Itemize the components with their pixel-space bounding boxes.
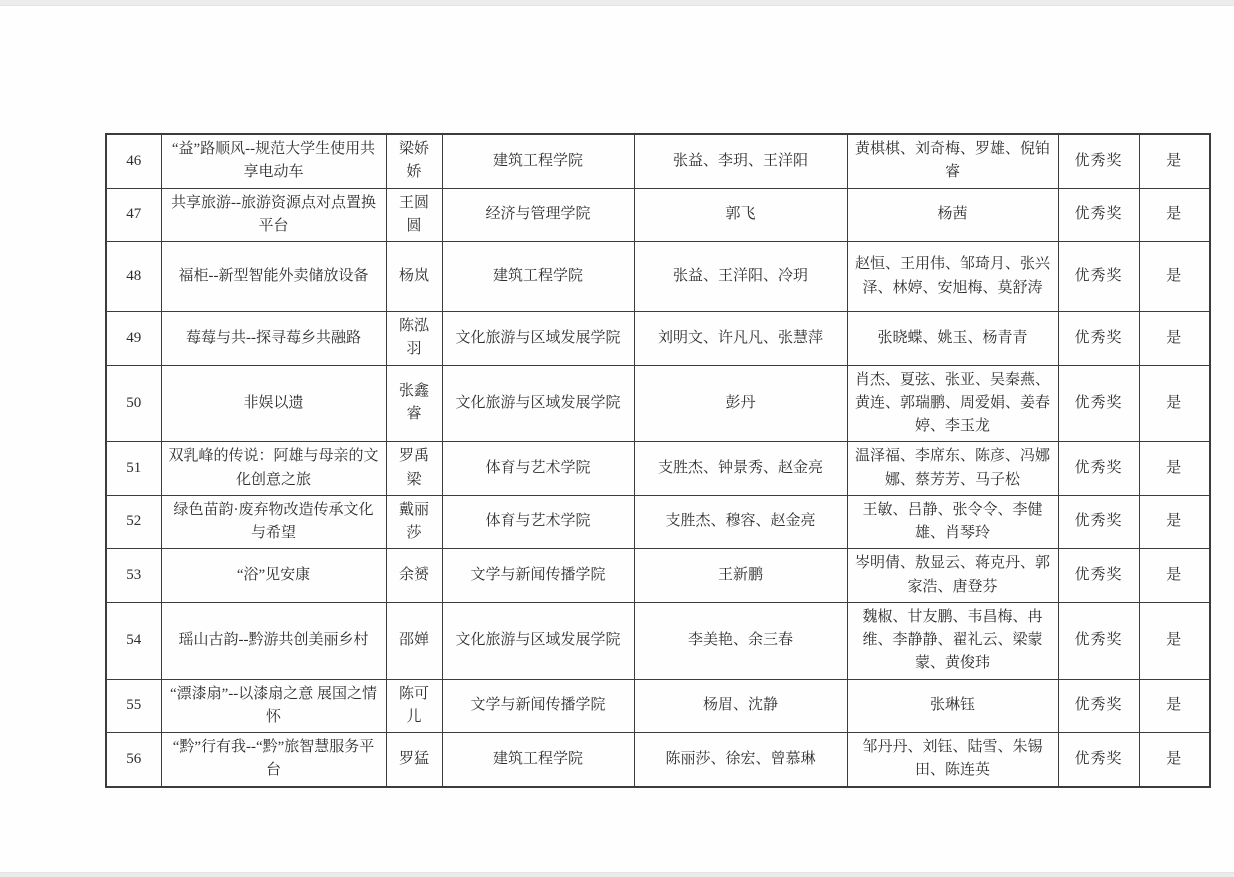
- cell-award-level: 优秀奖: [1058, 602, 1139, 679]
- cell-row-number: 53: [106, 549, 161, 603]
- cell-award-level: 优秀奖: [1058, 134, 1139, 188]
- cell-confirm-flag: 是: [1139, 442, 1210, 496]
- cell-award-level: 优秀奖: [1058, 442, 1139, 496]
- cell-confirm-flag: 是: [1139, 188, 1210, 242]
- cell-row-number: 49: [106, 312, 161, 366]
- cell-college-name: 文化旅游与区域发展学院: [442, 602, 634, 679]
- cell-college-name: 经济与管理学院: [442, 188, 634, 242]
- cell-college-name: 文学与新闻传播学院: [442, 549, 634, 603]
- cell-leader-name: 张鑫睿: [386, 365, 442, 442]
- cell-confirm-flag: 是: [1139, 365, 1210, 442]
- cell-advisors: 张晓蝶、姚玉、杨青青: [847, 312, 1058, 366]
- table-row: 50 非娱以遗 张鑫睿 文化旅游与区域发展学院 彭丹 肖杰、夏弦、张亚、吴秦燕、…: [106, 365, 1210, 442]
- cell-project-name: 福柜--新型智能外卖储放设备: [161, 242, 386, 312]
- cell-project-name: 共享旅游--旅游资源点对点置换平台: [161, 188, 386, 242]
- cell-confirm-flag: 是: [1139, 602, 1210, 679]
- cell-leader-name: 戴丽莎: [386, 495, 442, 549]
- cell-project-name: 莓莓与共--探寻莓乡共融路: [161, 312, 386, 366]
- cell-project-name: 非娱以遗: [161, 365, 386, 442]
- cell-confirm-flag: 是: [1139, 679, 1210, 733]
- cell-award-level: 优秀奖: [1058, 188, 1139, 242]
- cell-college-name: 文化旅游与区域发展学院: [442, 365, 634, 442]
- cell-leader-name: 陈泓羽: [386, 312, 442, 366]
- cell-confirm-flag: 是: [1139, 242, 1210, 312]
- cell-award-level: 优秀奖: [1058, 365, 1139, 442]
- cell-advisors: 魏椒、甘友鹏、韦昌梅、冉维、李静静、翟礼云、梁蒙蒙、黄俊玮: [847, 602, 1058, 679]
- cell-leader-name: 邵婵: [386, 602, 442, 679]
- cell-team-members: 郭飞: [634, 188, 847, 242]
- cell-project-name: “黔”行有我--“黔”旅智慧服务平台: [161, 733, 386, 787]
- cell-leader-name: 杨岚: [386, 242, 442, 312]
- cell-college-name: 建筑工程学院: [442, 733, 634, 787]
- scanned-document-page: 46 “益”路顺风--规范大学生使用共享电动车 梁娇娇 建筑工程学院 张益、李玥…: [0, 0, 1234, 877]
- cell-row-number: 46: [106, 134, 161, 188]
- cell-row-number: 50: [106, 365, 161, 442]
- table-row: 46 “益”路顺风--规范大学生使用共享电动车 梁娇娇 建筑工程学院 张益、李玥…: [106, 134, 1210, 188]
- cell-row-number: 54: [106, 602, 161, 679]
- cell-leader-name: 梁娇娇: [386, 134, 442, 188]
- cell-row-number: 55: [106, 679, 161, 733]
- cell-confirm-flag: 是: [1139, 134, 1210, 188]
- cell-award-level: 优秀奖: [1058, 312, 1139, 366]
- cell-award-level: 优秀奖: [1058, 495, 1139, 549]
- cell-college-name: 文学与新闻传播学院: [442, 679, 634, 733]
- table-row: 52 绿色苗韵·废弃物改造传承文化与希望 戴丽莎 体育与艺术学院 支胜杰、穆容、…: [106, 495, 1210, 549]
- cell-row-number: 48: [106, 242, 161, 312]
- cell-leader-name: 罗禹梁: [386, 442, 442, 496]
- cell-project-name: “浴”见安康: [161, 549, 386, 603]
- page-bottom-edge: [0, 872, 1234, 877]
- cell-advisors: 王敏、吕静、张令令、李健雄、肖琴玲: [847, 495, 1058, 549]
- cell-team-members: 刘明文、许凡凡、张慧萍: [634, 312, 847, 366]
- cell-college-name: 体育与艺术学院: [442, 442, 634, 496]
- cell-advisors: 黄棋棋、刘奇梅、罗雄、倪铂睿: [847, 134, 1058, 188]
- cell-confirm-flag: 是: [1139, 495, 1210, 549]
- cell-team-members: 陈丽莎、徐宏、曾慕琳: [634, 733, 847, 787]
- cell-confirm-flag: 是: [1139, 733, 1210, 787]
- awards-table: 46 “益”路顺风--规范大学生使用共享电动车 梁娇娇 建筑工程学院 张益、李玥…: [105, 133, 1211, 788]
- cell-row-number: 52: [106, 495, 161, 549]
- cell-row-number: 47: [106, 188, 161, 242]
- cell-award-level: 优秀奖: [1058, 242, 1139, 312]
- cell-leader-name: 王圆圆: [386, 188, 442, 242]
- cell-college-name: 体育与艺术学院: [442, 495, 634, 549]
- cell-confirm-flag: 是: [1139, 549, 1210, 603]
- table-row: 47 共享旅游--旅游资源点对点置换平台 王圆圆 经济与管理学院 郭飞 杨茜 优…: [106, 188, 1210, 242]
- cell-project-name: 瑶山古韵--黔游共创美丽乡村: [161, 602, 386, 679]
- cell-advisors: 肖杰、夏弦、张亚、吴秦燕、黄连、郭瑞鹏、周爱娟、姜春婷、李玉龙: [847, 365, 1058, 442]
- cell-team-members: 王新鹏: [634, 549, 847, 603]
- cell-project-name: “漂漆扇”--以漆扇之意 展国之情怀: [161, 679, 386, 733]
- table-row: 48 福柜--新型智能外卖储放设备 杨岚 建筑工程学院 张益、王洋阳、冷玥 赵恒…: [106, 242, 1210, 312]
- cell-college-name: 建筑工程学院: [442, 242, 634, 312]
- cell-team-members: 支胜杰、穆容、赵金亮: [634, 495, 847, 549]
- cell-leader-name: 陈可儿: [386, 679, 442, 733]
- table-row: 55 “漂漆扇”--以漆扇之意 展国之情怀 陈可儿 文学与新闻传播学院 杨眉、沈…: [106, 679, 1210, 733]
- cell-advisors: 温泽福、李席东、陈彦、冯娜娜、蔡芳芳、马子松: [847, 442, 1058, 496]
- cell-team-members: 杨眉、沈静: [634, 679, 847, 733]
- cell-advisors: 杨茜: [847, 188, 1058, 242]
- cell-confirm-flag: 是: [1139, 312, 1210, 366]
- cell-project-name: 双乳峰的传说：阿雄与母亲的文化创意之旅: [161, 442, 386, 496]
- cell-advisors: 张琳钰: [847, 679, 1058, 733]
- table-row: 53 “浴”见安康 余赟 文学与新闻传播学院 王新鹏 岑明倩、敖显云、蒋克丹、郭…: [106, 549, 1210, 603]
- cell-advisors: 邹丹丹、刘钰、陆雪、朱锡田、陈连英: [847, 733, 1058, 787]
- cell-team-members: 张益、李玥、王洋阳: [634, 134, 847, 188]
- cell-team-members: 彭丹: [634, 365, 847, 442]
- cell-leader-name: 罗猛: [386, 733, 442, 787]
- cell-team-members: 李美艳、余三春: [634, 602, 847, 679]
- cell-advisors: 赵恒、王用伟、邹琦月、张兴泽、林婷、安旭梅、莫舒涛: [847, 242, 1058, 312]
- cell-team-members: 支胜杰、钟景秀、赵金亮: [634, 442, 847, 496]
- cell-leader-name: 余赟: [386, 549, 442, 603]
- cell-project-name: “益”路顺风--规范大学生使用共享电动车: [161, 134, 386, 188]
- cell-row-number: 56: [106, 733, 161, 787]
- table-row: 54 瑶山古韵--黔游共创美丽乡村 邵婵 文化旅游与区域发展学院 李美艳、余三春…: [106, 602, 1210, 679]
- table-row: 56 “黔”行有我--“黔”旅智慧服务平台 罗猛 建筑工程学院 陈丽莎、徐宏、曾…: [106, 733, 1210, 787]
- cell-advisors: 岑明倩、敖显云、蒋克丹、郭家浩、唐登芬: [847, 549, 1058, 603]
- table-row: 51 双乳峰的传说：阿雄与母亲的文化创意之旅 罗禹梁 体育与艺术学院 支胜杰、钟…: [106, 442, 1210, 496]
- cell-row-number: 51: [106, 442, 161, 496]
- cell-college-name: 文化旅游与区域发展学院: [442, 312, 634, 366]
- table-row: 49 莓莓与共--探寻莓乡共融路 陈泓羽 文化旅游与区域发展学院 刘明文、许凡凡…: [106, 312, 1210, 366]
- cell-project-name: 绿色苗韵·废弃物改造传承文化与希望: [161, 495, 386, 549]
- cell-team-members: 张益、王洋阳、冷玥: [634, 242, 847, 312]
- cell-award-level: 优秀奖: [1058, 679, 1139, 733]
- cell-college-name: 建筑工程学院: [442, 134, 634, 188]
- cell-award-level: 优秀奖: [1058, 549, 1139, 603]
- awards-table-body: 46 “益”路顺风--规范大学生使用共享电动车 梁娇娇 建筑工程学院 张益、李玥…: [106, 134, 1210, 787]
- page-top-edge: [0, 0, 1234, 6]
- cell-award-level: 优秀奖: [1058, 733, 1139, 787]
